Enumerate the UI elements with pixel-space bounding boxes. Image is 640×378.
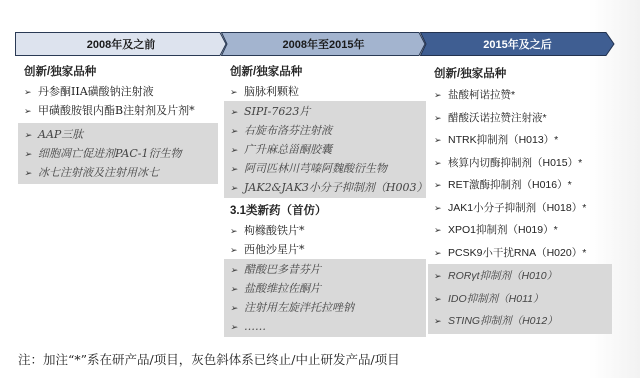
list-item: ➢盐酸柯诺拉赞*: [428, 84, 612, 107]
item-text: 西他沙星片*: [244, 243, 305, 256]
list-item: ➢XPO1抑制剂（H019）*: [428, 219, 612, 242]
arrow-bullet-icon: ➢: [230, 84, 244, 103]
timeline-segment-2008-2015: 2008年至2015年: [221, 32, 426, 56]
item-text: NTRK抑制剂（H013）*: [448, 134, 558, 146]
list-item-terminated: ➢RORγt抑制剂（H010）: [428, 265, 612, 288]
item-text: 细胞凋亡促进剂PAC-1衍生物: [38, 147, 181, 160]
list-item-terminated: ➢SIPI-7623片: [224, 102, 426, 121]
column-2008-2015: 创新/独家品种 ➢脑脉利颗粒 ➢SIPI-7623片 ➢右旋布洛芬注射液 ➢广升…: [224, 62, 426, 337]
section-heading: 创新/独家品种: [428, 64, 612, 84]
item-text: 脑脉利颗粒: [244, 85, 299, 98]
list-item: ➢RET激酶抑制剂（H016）*: [428, 174, 612, 197]
list-item: ➢丹参酮IIA磺酸钠注射液: [18, 82, 218, 101]
arrow-bullet-icon: ➢: [434, 219, 448, 242]
item-text: 醋酸沃诺拉赞注射液*: [448, 112, 547, 124]
column-post-2015: 创新/独家品种 ➢盐酸柯诺拉赞* ➢醋酸沃诺拉赞注射液* ➢NTRK抑制剂（H0…: [428, 62, 612, 334]
list-item-terminated: ➢右旋布洛芬注射液: [224, 121, 426, 140]
column-pre-2008: 创新/独家品种 ➢丹参酮IIA磺酸钠注射液 ➢甲磺酸胺银内酯B注射剂及片剂* ➢…: [18, 62, 218, 184]
arrow-bullet-icon: ➢: [24, 165, 38, 184]
item-text: 阿司匹林川芎嗪阿魏酸衍生物: [244, 162, 387, 175]
section-heading-generic-drugs: 3.1类新药（首仿）: [224, 201, 426, 221]
timeline-segment-post-2015: 2015年及之后: [420, 32, 615, 56]
list-item-terminated: ➢盐酸维拉佐酮片: [224, 279, 426, 298]
list-item: ➢JAK1小分子抑制剂（H018）*: [428, 197, 612, 220]
arrow-bullet-icon: ➢: [434, 310, 448, 333]
list-item-terminated: ➢冰七注射液及注射用冰七: [18, 163, 218, 182]
item-text: AAP三肽: [38, 128, 83, 141]
item-text: JAK2&JAK3小分子抑制剂（H003）: [244, 181, 428, 194]
list-item-terminated: ➢细胞凋亡促进剂PAC-1衍生物: [18, 144, 218, 163]
arrow-bullet-icon: ➢: [434, 129, 448, 152]
item-text: 枸橼酸铁片*: [244, 224, 305, 237]
list-item: ➢枸橼酸铁片*: [224, 221, 426, 240]
section-heading: 创新/独家品种: [224, 62, 426, 82]
arrow-bullet-icon: ➢: [434, 288, 448, 311]
item-text: 盐酸维拉佐酮片: [244, 282, 321, 295]
list-item: ➢PCSK9小干扰RNA（H020）*: [428, 242, 612, 265]
timeline-label: 2008年及之前: [87, 36, 155, 52]
list-item-terminated: ➢阿司匹林川芎嗪阿魏酸衍生物: [224, 159, 426, 178]
arrow-bullet-icon: ➢: [434, 152, 448, 175]
list-item-terminated: ➢广升麻总甾酮胶囊: [224, 140, 426, 159]
timeline-header: 2008年及之前 2008年至2015年 2015年及之后: [15, 32, 615, 56]
arrow-bullet-icon: ➢: [434, 107, 448, 130]
timeline-label: 2008年至2015年: [283, 36, 365, 52]
item-text: 醋酸巴多昔芬片: [244, 263, 321, 276]
list-item: ➢核算内切酶抑制剂（H015）*: [428, 152, 612, 175]
list-item-terminated: ➢JAK2&JAK3小分子抑制剂（H003）: [224, 178, 426, 197]
list-item-terminated: ➢STING抑制剂（H012）: [428, 310, 612, 333]
arrow-bullet-icon: ➢: [24, 103, 38, 122]
arrow-bullet-icon: ➢: [230, 180, 244, 199]
item-text: RORγt抑制剂（H010）: [448, 270, 557, 282]
item-text: 广升麻总甾酮胶囊: [244, 143, 332, 156]
item-text: STING抑制剂（H012）: [448, 315, 558, 327]
section-heading: 创新/独家品种: [18, 62, 218, 82]
item-text: RET激酶抑制剂（H016）*: [448, 179, 572, 191]
list-item: ➢甲磺酸胺银内酯B注射剂及片剂*: [18, 101, 218, 120]
timeline-segment-pre-2008: 2008年及之前: [15, 32, 227, 56]
item-text: XPO1抑制剂（H019）*: [448, 224, 558, 236]
arrow-bullet-icon: ➢: [230, 242, 244, 261]
terminated-items-box: ➢SIPI-7623片 ➢右旋布洛芬注射液 ➢广升麻总甾酮胶囊 ➢阿司匹林川芎嗪…: [224, 101, 426, 198]
list-item-terminated: ➢AAP三肽: [18, 125, 218, 144]
item-text: SIPI-7623片: [244, 105, 310, 118]
list-item: ➢NTRK抑制剂（H013）*: [428, 129, 612, 152]
timeline-label: 2015年及之后: [483, 36, 551, 52]
arrow-bullet-icon: ➢: [230, 319, 244, 338]
arrow-bullet-icon: ➢: [434, 197, 448, 220]
item-text: 冰七注射液及注射用冰七: [38, 166, 159, 179]
item-text: 右旋布洛芬注射液: [244, 124, 332, 137]
terminated-items-box: ➢AAP三肽 ➢细胞凋亡促进剂PAC-1衍生物 ➢冰七注射液及注射用冰七: [18, 123, 218, 184]
terminated-items-box: ➢RORγt抑制剂（H010） ➢IDO抑制剂（H011） ➢STING抑制剂（…: [428, 264, 612, 334]
item-text: ……: [244, 320, 266, 333]
list-item-terminated: ➢注射用左旋泮托拉唑钠: [224, 298, 426, 317]
list-item: ➢西他沙星片*: [224, 240, 426, 259]
item-text: JAK1小分子抑制剂（H018）*: [448, 202, 586, 214]
arrow-bullet-icon: ➢: [434, 242, 448, 265]
list-item-terminated: ➢醋酸巴多昔芬片: [224, 260, 426, 279]
arrow-bullet-icon: ➢: [434, 265, 448, 288]
list-item: ➢醋酸沃诺拉赞注射液*: [428, 107, 612, 130]
item-text: 盐酸柯诺拉赞*: [448, 89, 515, 101]
footnote: 注：加注“*”系在研产品/项目，灰色斜体系已终止/中止研发产品/项目: [18, 350, 400, 368]
item-text: 丹参酮IIA磺酸钠注射液: [38, 85, 154, 98]
item-text: 甲磺酸胺银内酯B注射剂及片剂*: [38, 104, 195, 117]
item-text: PCSK9小干扰RNA（H020）*: [448, 247, 586, 259]
arrow-bullet-icon: ➢: [434, 174, 448, 197]
list-item: ➢脑脉利颗粒: [224, 82, 426, 101]
item-text: 注射用左旋泮托拉唑钠: [244, 301, 354, 314]
item-text: 核算内切酶抑制剂（H015）*: [448, 157, 582, 169]
arrow-bullet-icon: ➢: [434, 84, 448, 107]
list-item-terminated: ➢IDO抑制剂（H011）: [428, 288, 612, 311]
list-item-terminated: ➢……: [224, 317, 426, 336]
item-text: IDO抑制剂（H011）: [448, 293, 544, 305]
terminated-items-box: ➢醋酸巴多昔芬片 ➢盐酸维拉佐酮片 ➢注射用左旋泮托拉唑钠 ➢……: [224, 259, 426, 337]
